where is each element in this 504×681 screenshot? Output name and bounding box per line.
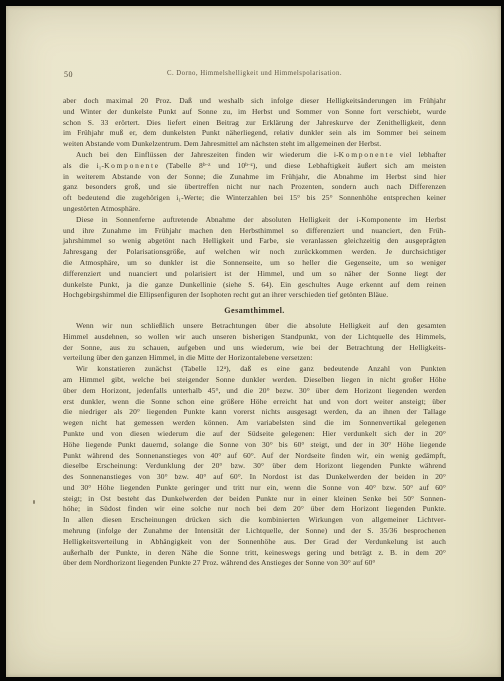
text-line: und ihre Zunahme im Frühjahr machen den … (63, 226, 446, 237)
text-line: oft bedeutend die zugehörigen i₁-Werte; … (63, 193, 446, 204)
text-line: weiten Abstande vom Dunkelzentrum. Dem J… (63, 139, 446, 150)
text-line: in weiterem Abstande von der Sonne; die … (63, 172, 446, 183)
text-line: am Himmel gibt, welche bei steigender So… (63, 375, 446, 386)
paragraph: Wenn wir nun schließlich unsere Betracht… (63, 321, 446, 364)
text-line: Auch bei den Einflüssen der Jahreszeiten… (63, 150, 446, 161)
text-line: als die i₁-K o m p o n e n t e (Tabelle … (63, 161, 446, 172)
text-line: höhe; in Südost finden wir eine solche n… (63, 504, 446, 515)
text-line: jahrshimmel so wenig abgetönt nach Helli… (63, 236, 446, 247)
scanned-page: 50 C. Dorno, Himmelshelligkeit und Himme… (0, 0, 504, 681)
text-line: schon S. 33 erörtert. Dies liefert einen… (63, 118, 446, 129)
paragraph: Diese in Sonnenferne auftretende Abnahme… (63, 215, 446, 301)
text-line: Jahresgang der Polarisationsgröße, auf w… (63, 247, 446, 258)
text-line: außerhalb der Punkte, in deren Nähe die … (63, 548, 446, 559)
text-line: Hochgebirgshimmel die Ellipsenfiguren de… (63, 290, 446, 301)
text-line: ganz besonders groß, und sie übertreffen… (63, 182, 446, 193)
text-line: Punkt während des Sonnenanstieges von 40… (63, 451, 446, 462)
scan-speck (33, 500, 35, 504)
text-line: wegen nicht hat gemessen werden können. … (63, 418, 446, 429)
paragraph: Auch bei den Einflüssen der Jahreszeiten… (63, 150, 446, 215)
text-line: steigt; in Ost besteht das Dunkelwerden … (63, 494, 446, 505)
text-line: In allen diesen Erscheinungen drücken si… (63, 515, 446, 526)
text-line: die Atmosphäre, um so dunkler ist die So… (63, 258, 446, 269)
text-line: differenziert und nuanciert und polarisi… (63, 269, 446, 280)
text-line: mehrung (infolge der Zunahme der Intensi… (63, 526, 446, 537)
text-line: und Winter der dunkelste Punkt auf Sonne… (63, 107, 446, 118)
text-line: über dem Nordhorizont liegenden Punkte 2… (63, 558, 446, 569)
section-heading: Gesamthimmel. (63, 306, 446, 317)
text-line: dunkelste Punkt, ja die ganze Dunkellini… (63, 280, 446, 291)
paragraph: Wir konstatieren zunächst (Tabelle 12a),… (63, 364, 446, 569)
text-line: und 30° Höhe liegenden Punkte geringer u… (63, 483, 446, 494)
text-line: Wenn wir nun schließlich unsere Betracht… (63, 321, 446, 332)
text-line: die niedriger als 20° liegenden Punkte k… (63, 407, 446, 418)
text-line: Himmel ausdehnen, so wollen wir auch uns… (63, 332, 446, 343)
running-head: 50 C. Dorno, Himmelshelligkeit und Himme… (63, 70, 446, 81)
text-line: Diese in Sonnenferne auftretende Abnahme… (63, 215, 446, 226)
running-header-title: C. Dorno, Himmelshelligkeit und Himmelsp… (63, 70, 446, 77)
text-line: erst dunkler, wenn die Sonne schon eine … (63, 397, 446, 408)
text-line: der Sonne, aus zu schauen, aufgeben und … (63, 343, 446, 354)
text-line: Helligkeitsverteilung in Abhängigkeit vo… (63, 537, 446, 548)
text-line: aber doch maximal 20 Proz. Daß und wesha… (63, 96, 446, 107)
book-page: 50 C. Dorno, Himmelshelligkeit und Himme… (6, 6, 501, 677)
text-line: des Sonnenanstieges von 30° bzw. 40° auf… (63, 472, 446, 483)
text-line: Punkte und von diesen wiederum die auf d… (63, 429, 446, 440)
text-line: Wir konstatieren zunächst (Tabelle 12a),… (63, 364, 446, 375)
paragraph: aber doch maximal 20 Proz. Daß und wesha… (63, 96, 446, 150)
text-line: über dem Horizont, jedenfalls unterhalb … (63, 386, 446, 397)
text-line: dieselbe Erscheinung: Verdunklung der 20… (63, 461, 446, 472)
page-body: aber doch maximal 20 Proz. Daß und wesha… (63, 96, 446, 569)
text-line: verteilung über den ganzen Himmel, in di… (63, 353, 446, 364)
page-number: 50 (64, 70, 73, 79)
text-line: im Frühjahr muß er, dem dunkelsten Punkt… (63, 128, 446, 139)
text-line: Höhe liegende Punkt dauernd, solange die… (63, 440, 446, 451)
text-line: ungestörten Atmosphäre. (63, 204, 446, 215)
